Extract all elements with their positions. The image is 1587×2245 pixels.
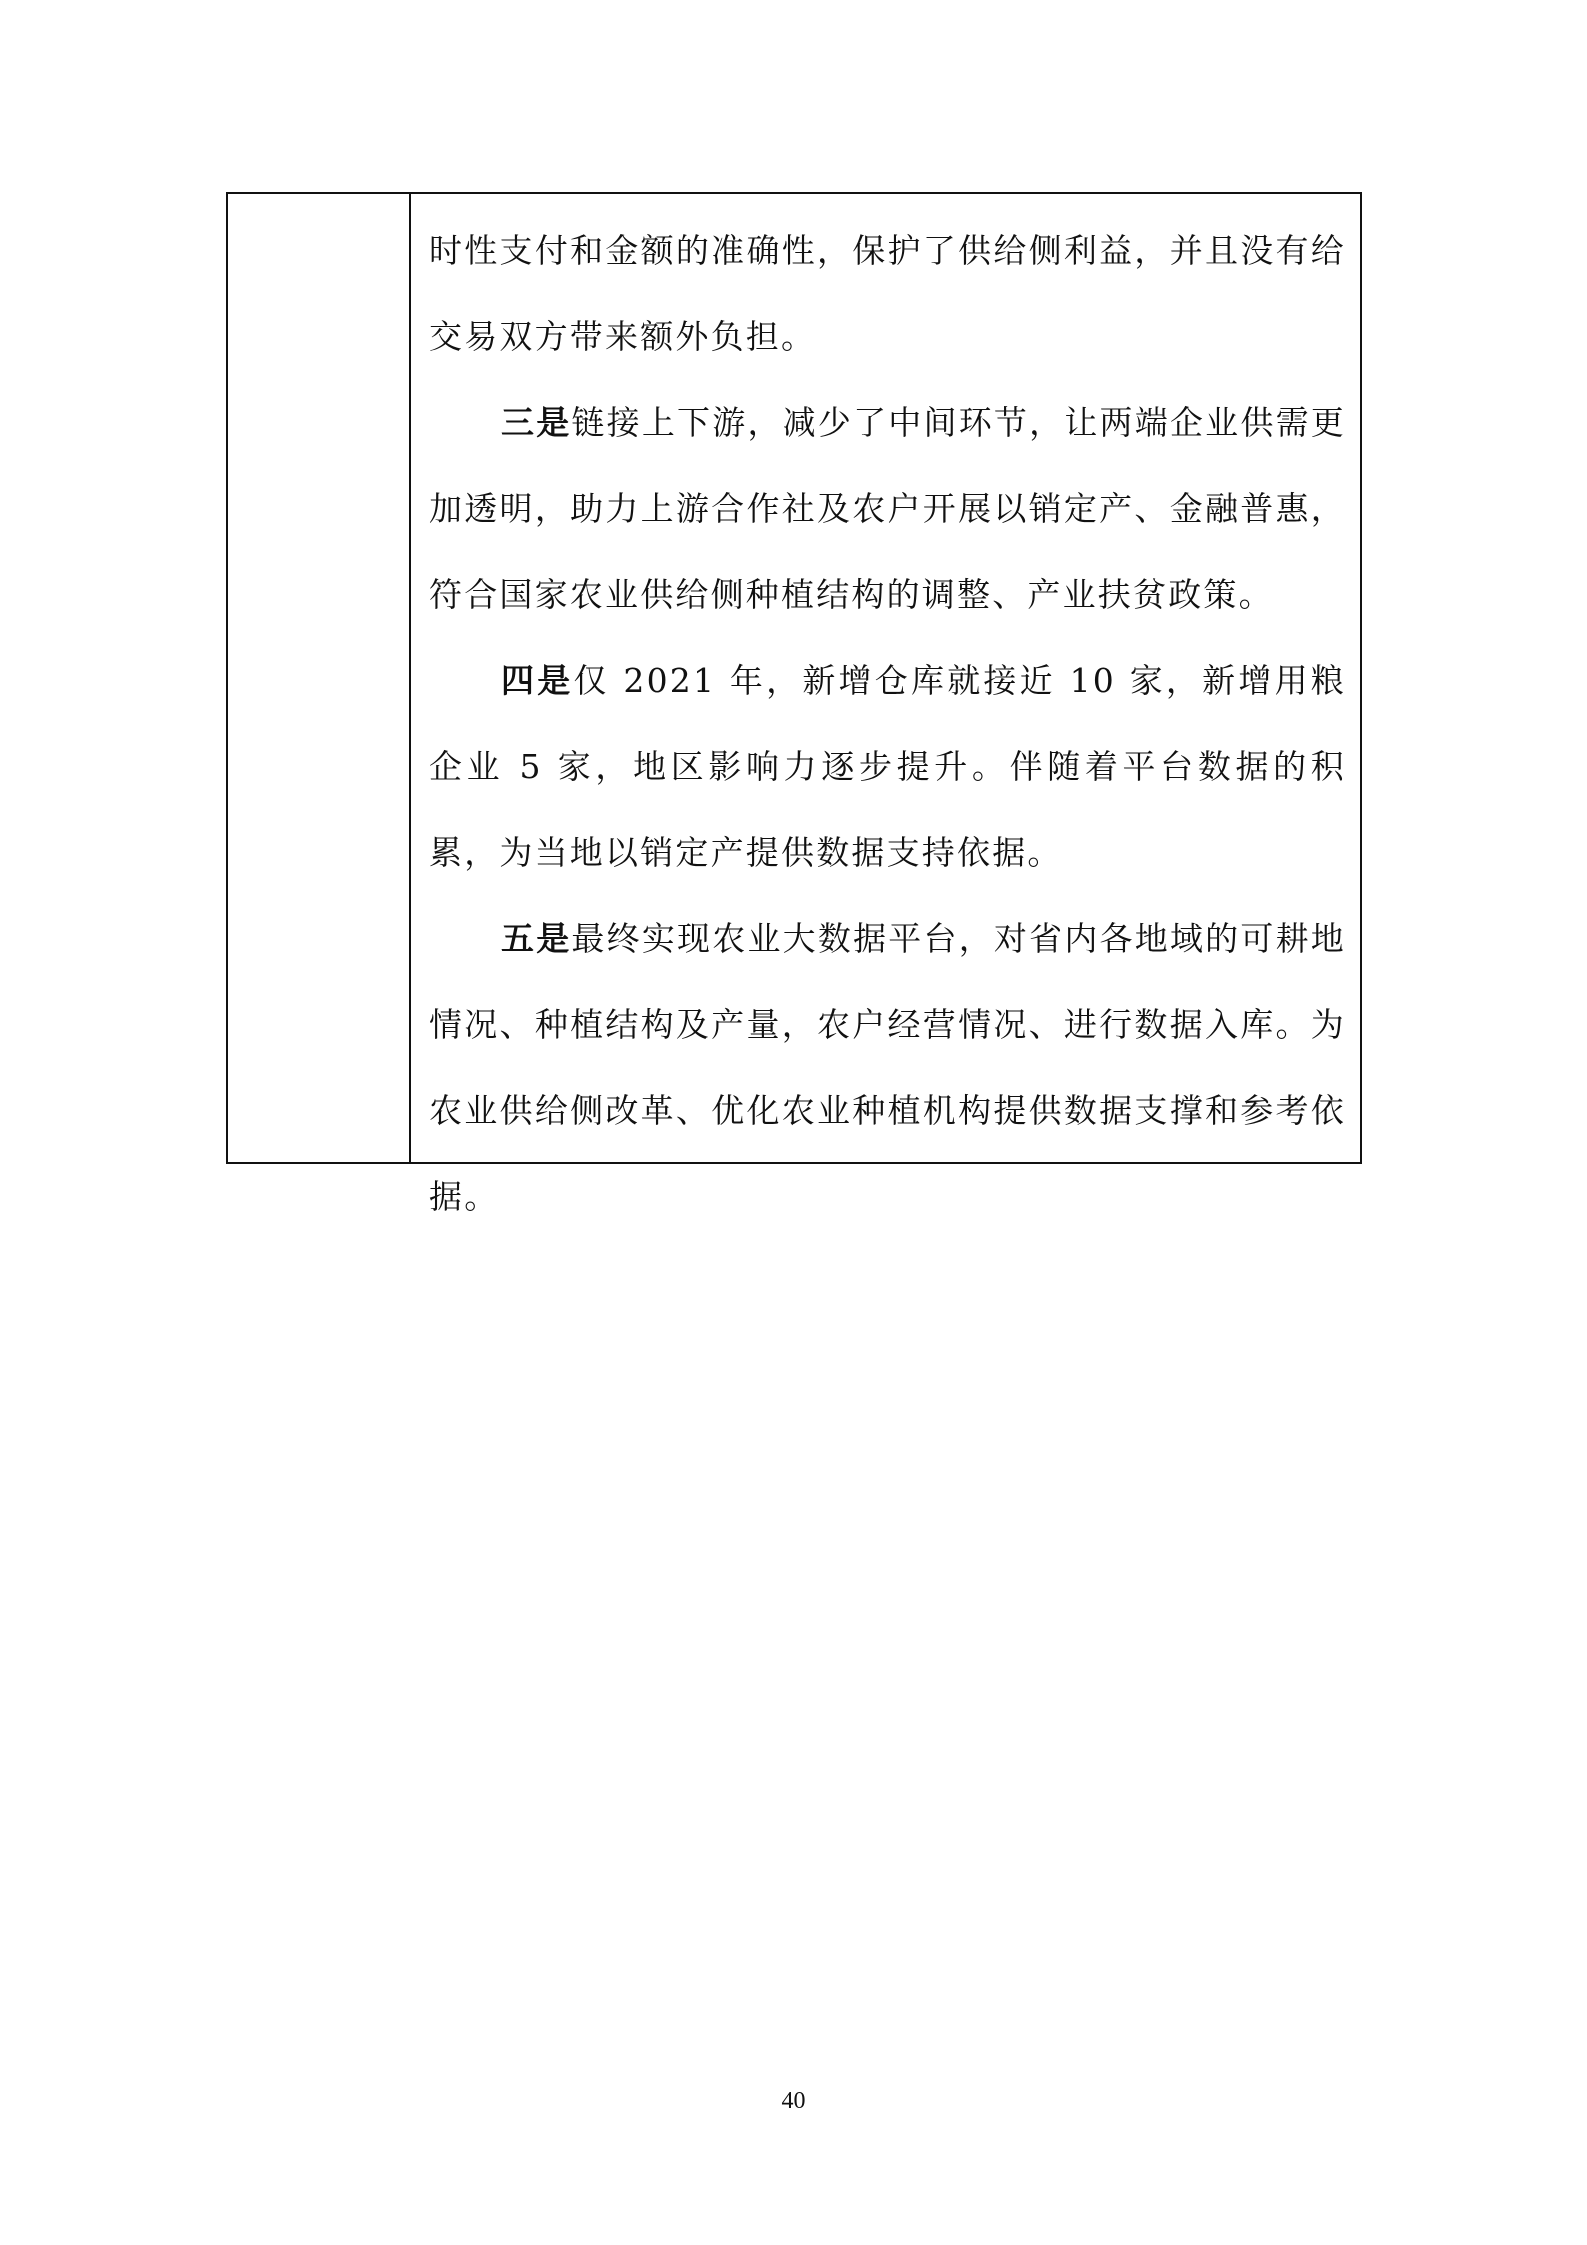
table-right-cell: 时性支付和金额的准确性，保护了供给侧利益，并且没有给交易双方带来额外负担。 三是…	[411, 194, 1360, 1162]
table-left-cell	[228, 194, 411, 1162]
paragraph-lead: 五是	[501, 919, 571, 958]
paragraph-text: 最终实现农业大数据平台，对省内各地域的可耕地情况、种植结构及产量，农户经营情况、…	[429, 919, 1346, 1216]
paragraph-point-four: 四是仅 2021 年，新增仓库就接近 10 家，新增用粮企业 5 家，地区影响力…	[429, 638, 1346, 896]
paragraph-point-five: 五是最终实现农业大数据平台，对省内各地域的可耕地情况、种植结构及产量，农户经营情…	[429, 896, 1346, 1240]
paragraph-continuation: 时性支付和金额的准确性，保护了供给侧利益，并且没有给交易双方带来额外负担。	[429, 208, 1346, 380]
page-number: 40	[0, 2088, 1587, 2115]
paragraph-point-three: 三是链接上下游，减少了中间环节，让两端企业供需更加透明，助力上游合作社及农户开展…	[429, 380, 1346, 638]
paragraph-lead: 三是	[501, 403, 571, 442]
paragraph-text: 时性支付和金额的准确性，保护了供给侧利益，并且没有给交易双方带来额外负担。	[429, 231, 1346, 356]
content-table: 时性支付和金额的准确性，保护了供给侧利益，并且没有给交易双方带来额外负担。 三是…	[226, 192, 1362, 1164]
paragraph-lead: 四是	[501, 661, 573, 700]
